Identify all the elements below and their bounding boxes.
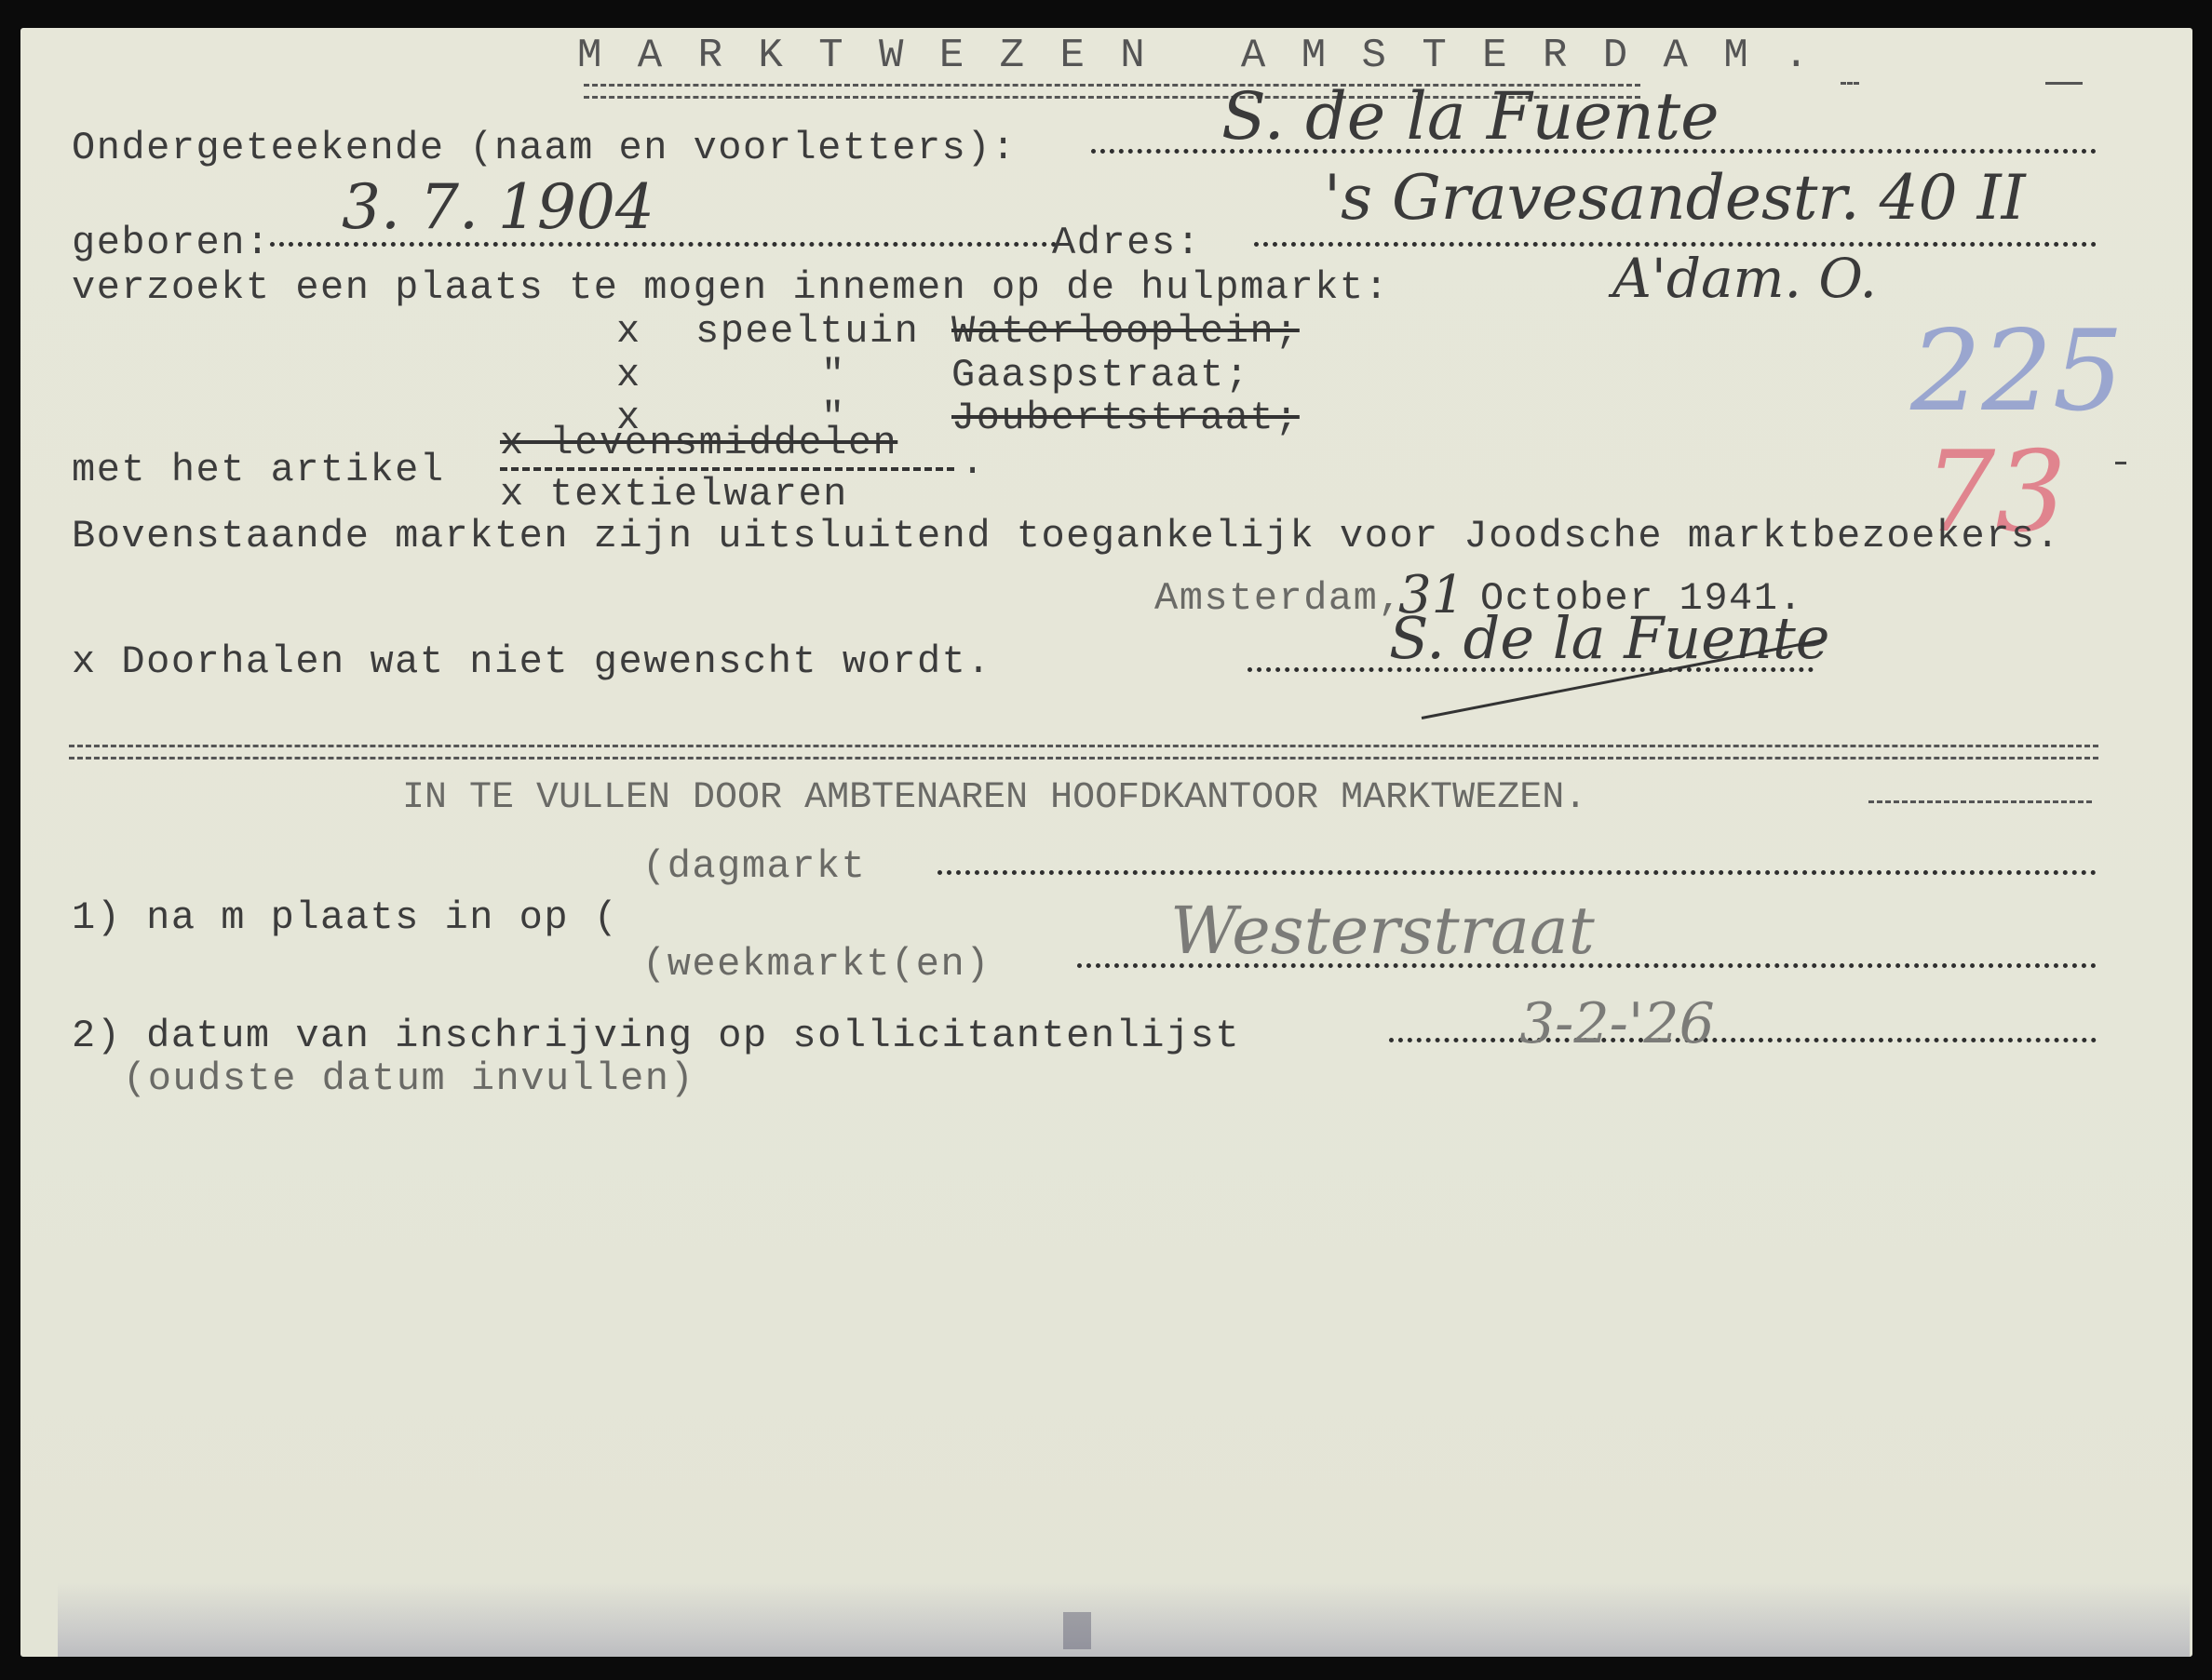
title-right-dashes-2 — [2045, 82, 2083, 85]
article-levensmiddelen: x levensmiddelen — [500, 423, 897, 463]
document-paper: M A R K T W E Z E N A M S T E R D A M . … — [20, 28, 2192, 1657]
title-right-dashes — [1841, 82, 1859, 85]
born-handwritten-value: 3. 7. 1904 — [342, 177, 654, 238]
market-name-gaaspstraat: Gaaspstraat; — [951, 356, 1249, 395]
strike-instruction-footnote: x Doorhalen wat niet gewenscht wordt. — [72, 642, 991, 681]
market-mark-2: x — [616, 356, 641, 395]
jewish-only-notice: Bovenstaande markten zijn uitsluitend to… — [72, 517, 2060, 556]
request-text: verzoekt een plaats te mogen innemen op … — [72, 268, 1389, 307]
bottom-smudge — [58, 1582, 2190, 1657]
week-market-option: (weekmarkt(en) — [642, 945, 991, 984]
article-label: met het artikel — [72, 450, 445, 490]
blue-pencil-annotation: 225 — [1910, 316, 2124, 428]
market-name-joubertstraat: Joubertstraat; — [951, 398, 1300, 437]
week-market-pencil-value: Westerstraat — [1170, 898, 1595, 963]
document-title: M A R K T W E Z E N A M S T E R D A M . — [577, 35, 1814, 76]
registration-date-pencil-value: 3-2-'26 — [1519, 996, 1715, 1052]
article-textielwaren: x textielwaren — [500, 475, 848, 514]
address-handwritten-value: 's Gravesandestr. 40 II — [1324, 168, 2026, 229]
name-label: Ondergeteekende (naam en voorletters): — [72, 128, 1017, 168]
red-annotation-dash — [2115, 462, 2126, 464]
market-type-2: " — [821, 356, 846, 395]
address-city-handwritten: A'dam. O. — [1612, 251, 1877, 305]
section-divider — [69, 745, 2098, 759]
address-label: Adres: — [1052, 223, 1201, 262]
signature: S. de la Fuente — [1389, 610, 1829, 667]
market-mark-1: x — [616, 312, 641, 351]
name-handwritten-value: S. de la Fuente — [1221, 84, 1720, 149]
bottom-smudge-dark — [1063, 1612, 1091, 1649]
market-type-1: speeltuin — [695, 312, 919, 351]
market-name-waterlooplein: Waterlooplein; — [951, 312, 1300, 351]
article-fraction-line — [500, 467, 954, 471]
place-date-prefix: Amsterdam, — [1154, 579, 1403, 618]
day-market-dotted-field — [937, 870, 2097, 875]
office-section-heading: IN TE VULLEN DOOR AMBTENAREN HOOFDKANTOO… — [402, 780, 1586, 817]
day-market-option: (dagmarkt — [642, 847, 866, 886]
born-label: geboren: — [72, 223, 271, 262]
office-heading-trailing-dots — [1868, 800, 2092, 803]
item2-note: (oudste datum invullen) — [123, 1059, 695, 1098]
article-period: . — [961, 443, 986, 482]
item1-label: 1) na m plaats in op ( — [72, 898, 619, 937]
registration-date-dotted-field — [1389, 1038, 2097, 1042]
item2-label: 2) datum van inschrijving op sollicitant… — [72, 1016, 1240, 1055]
